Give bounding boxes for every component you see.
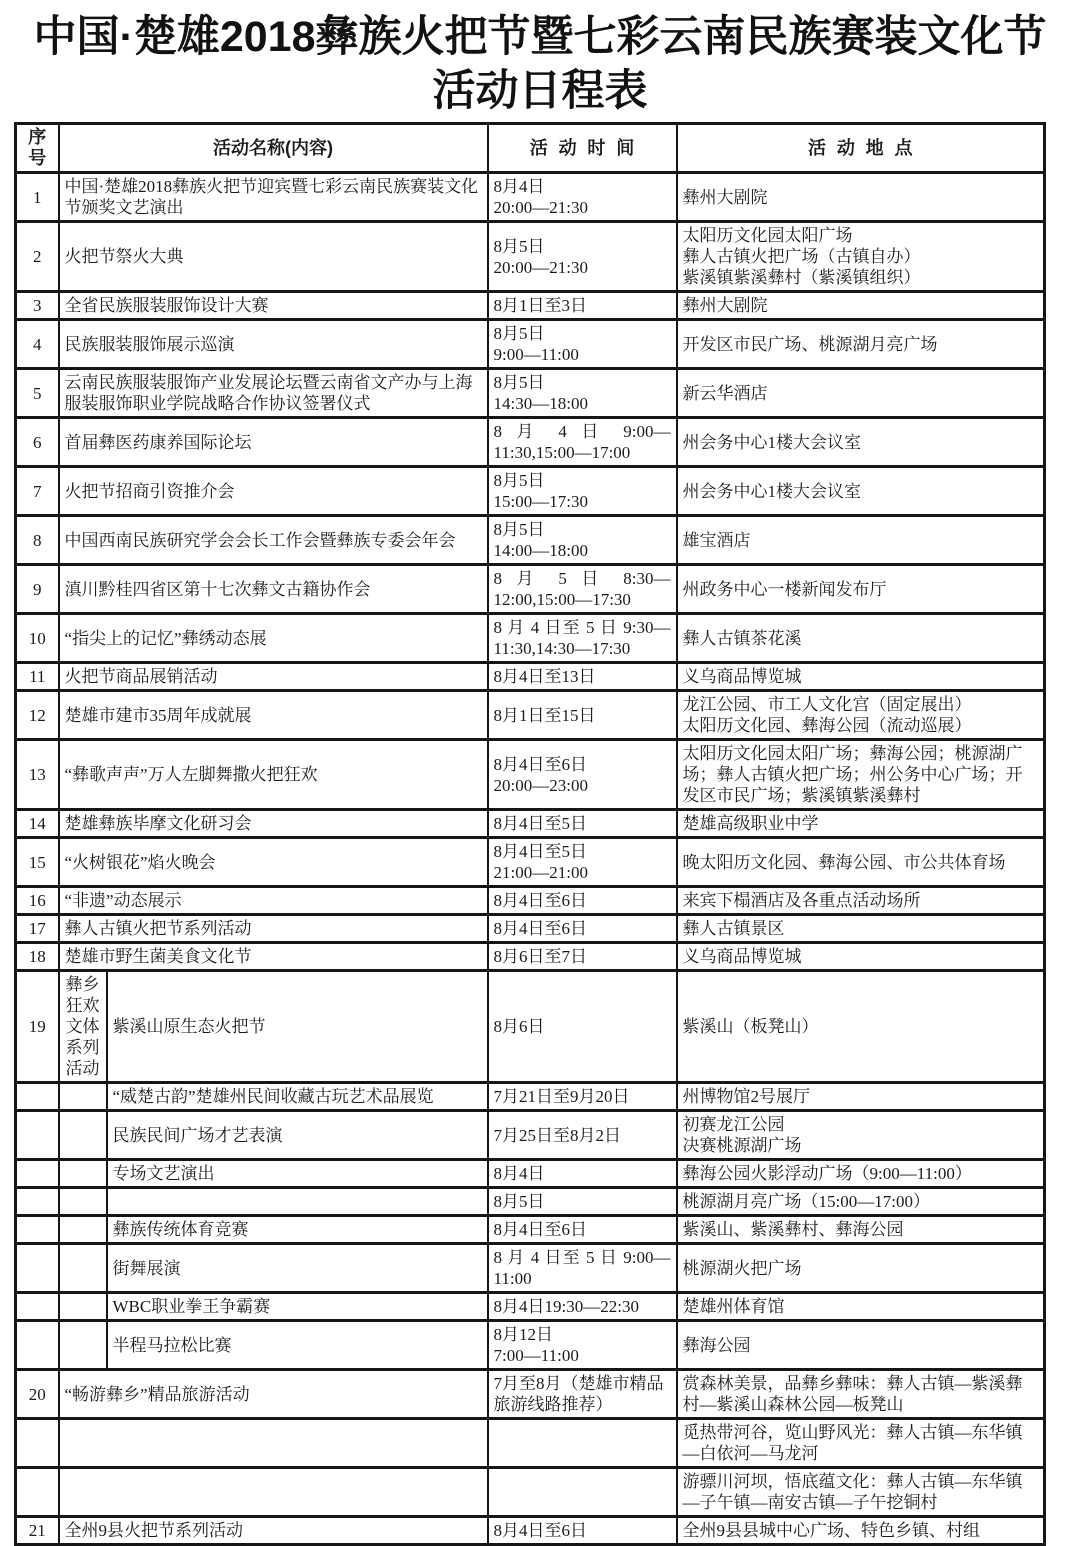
cell-no: 18 (16, 943, 59, 971)
table-row: 17 彝人古镇火把节系列活动 8月4日至6日 彝人古镇景区 (16, 915, 1045, 943)
cell-time: 8月4日至5日 21:00—21:00 (488, 838, 677, 887)
cell-no: 3 (16, 292, 59, 320)
cell-time: 8月5日 14:30—18:00 (488, 369, 677, 418)
cell-time: 8月4日 (488, 1160, 677, 1188)
table-row: 12 楚雄市建市35周年成就展 8月1日至15日 龙江公园、市工人文化宫（固定展… (16, 691, 1045, 740)
cell-time: 8月5日 14:00—18:00 (488, 516, 677, 565)
cell-loc: 雄宝酒店 (677, 516, 1045, 565)
cell-loc: 游骠川河坝，悟底蕴文化：彝人古镇—东华镇—子午镇—南安古镇—子午挖铜村 (677, 1468, 1045, 1517)
cell-name (107, 1188, 488, 1216)
table-row: 11 火把节商品展销活动 8月4日至13日 义乌商品博览城 (16, 663, 1045, 691)
table-row: 5 云南民族服装服饰产业发展论坛暨云南省文产办与上海服装服饰职业学院战略合作协议… (16, 369, 1045, 418)
table-row: 4 民族服装服饰展示巡演 8月5日 9:00—11:00 开发区市民广场、桃源湖… (16, 320, 1045, 369)
table-row: “威楚古韵”楚雄州民间收藏古玩艺术品展览 7月21日至9月20日 州博物馆2号展… (16, 1083, 1045, 1111)
cell-time: 8月4日 20:00—21:30 (488, 173, 677, 222)
cell-loc: 桃源湖火把广场 (677, 1244, 1045, 1293)
cell-name: 彝人古镇火把节系列活动 (59, 915, 488, 943)
table-row: 7 火把节招商引资推介会 8月5日 15:00—17:30 州会务中心1楼大会议… (16, 467, 1045, 516)
cell-no: 14 (16, 810, 59, 838)
header-no: 序号 (16, 124, 59, 173)
cell-name: 半程马拉松比赛 (107, 1321, 488, 1370)
cell-loc: 彝人古镇景区 (677, 915, 1045, 943)
cell-no: 11 (16, 663, 59, 691)
cell-time: 8月4日至5日 (488, 810, 677, 838)
cell-loc: 初赛龙江公园 决赛桃源湖广场 (677, 1111, 1045, 1160)
cell-name: “威楚古韵”楚雄州民间收藏古玩艺术品展览 (107, 1083, 488, 1111)
cell-loc: 州政务中心一楼新闻发布厅 (677, 565, 1045, 614)
cell-name: 紫溪山原生态火把节 (107, 971, 488, 1083)
cell-time: 8月5日 20:00—21:30 (488, 222, 677, 292)
cell-time: 8月5日 9:00—11:00 (488, 320, 677, 369)
cell-loc: 紫溪山、紫溪彝村、彝海公园 (677, 1216, 1045, 1244)
table-row: 2 火把节祭火大典 8月5日 20:00—21:30 太阳历文化园太阳广场 彝人… (16, 222, 1045, 292)
cell-loc: 楚雄州体育馆 (677, 1293, 1045, 1321)
cell-no: 21 (16, 1517, 59, 1545)
cell-loc: 彝海公园 (677, 1321, 1045, 1370)
cell-name: 全州9县火把节系列活动 (59, 1517, 488, 1545)
cell-no (16, 1083, 59, 1111)
table-row: 10 “指尖上的记忆”彝绣动态展 8 月 4 日至 5 日 9:30— 11:3… (16, 614, 1045, 663)
cell-loc: 桃源湖月亮广场（15:00—17:00） (677, 1188, 1045, 1216)
table-row: 半程马拉松比赛 8月12日 7:00—11:00 彝海公园 (16, 1321, 1045, 1370)
cell-name (59, 1468, 488, 1517)
cell-loc: 全州9县县城中心广场、特色乡镇、村组 (677, 1517, 1045, 1545)
cell-time (488, 1419, 677, 1468)
cell-time: 8月5日 15:00—17:30 (488, 467, 677, 516)
cell-name: 中国西南民族研究学会会长工作会暨彝族专委会年会 (59, 516, 488, 565)
cell-no: 19 (16, 971, 59, 1083)
table-row: 街舞展演 8 月 4 日至 5 日 9:00— 11:00 桃源湖火把广场 (16, 1244, 1045, 1293)
cell-loc: 彝人古镇茶花溪 (677, 614, 1045, 663)
table-row: 20 “畅游彝乡”精品旅游活动 7月至8月（楚雄市精品 旅游线路推荐） 赏森林美… (16, 1370, 1045, 1419)
table-row: 13 “彝歌声声”万人左脚舞撒火把狂欢 8月4日至6日 20:00—23:00 … (16, 740, 1045, 810)
cell-time: 8月1日至3日 (488, 292, 677, 320)
cell-loc: 开发区市民广场、桃源湖月亮广场 (677, 320, 1045, 369)
cell-group-spacer (59, 1083, 107, 1111)
cell-no (16, 1419, 59, 1468)
cell-time: 8月4日至6日 (488, 1216, 677, 1244)
cell-time: 8月5日 (488, 1188, 677, 1216)
cell-name: 火把节祭火大典 (59, 222, 488, 292)
cell-no: 12 (16, 691, 59, 740)
cell-loc: 楚雄高级职业中学 (677, 810, 1045, 838)
cell-name: 火把节招商引资推介会 (59, 467, 488, 516)
cell-no (16, 1321, 59, 1370)
cell-no (16, 1244, 59, 1293)
cell-name: 楚雄市野生菌美食文化节 (59, 943, 488, 971)
cell-name: 街舞展演 (107, 1244, 488, 1293)
cell-name: “非遗”动态展示 (59, 887, 488, 915)
cell-name: 民族服装服饰展示巡演 (59, 320, 488, 369)
cell-group-spacer (59, 1293, 107, 1321)
cell-time: 8月4日至13日 (488, 663, 677, 691)
cell-name: “火树银花”焰火晚会 (59, 838, 488, 887)
cell-time: 8 月 4 日 9:00— 11:30,15:00—17:00 (488, 418, 677, 467)
cell-time (488, 1468, 677, 1517)
cell-name: 云南民族服装服饰产业发展论坛暨云南省文产办与上海服装服饰职业学院战略合作协议签署… (59, 369, 488, 418)
table-row: 专场文艺演出 8月4日 彝海公园火影浮动广场（9:00—11:00） (16, 1160, 1045, 1188)
schedule-table: 序号 活动名称(内容) 活动时间 活动地点 1 中国·楚雄2018彝族火把节迎宾… (14, 122, 1046, 1546)
cell-name: 中国·楚雄2018彝族火把节迎宾暨七彩云南民族赛装文化节颁奖文艺演出 (59, 173, 488, 222)
cell-time: 8月4日19:30—22:30 (488, 1293, 677, 1321)
cell-no (16, 1293, 59, 1321)
header-time: 活动时间 (488, 124, 677, 173)
table-row: 彝族传统体育竞赛 8月4日至6日 紫溪山、紫溪彝村、彝海公园 (16, 1216, 1045, 1244)
table-row: 1 中国·楚雄2018彝族火把节迎宾暨七彩云南民族赛装文化节颁奖文艺演出 8月4… (16, 173, 1045, 222)
cell-time: 8月4日至6日 (488, 1517, 677, 1545)
cell-group-label: 彝乡狂欢文体系列活动 (59, 971, 107, 1083)
cell-no (16, 1216, 59, 1244)
cell-name: 楚雄彝族毕摩文化研习会 (59, 810, 488, 838)
cell-group-spacer (59, 1111, 107, 1160)
page-title-line2: 活动日程表 (10, 64, 1070, 118)
cell-time: 8月4日至6日 (488, 887, 677, 915)
cell-name: 滇川黔桂四省区第十七次彝文古籍协作会 (59, 565, 488, 614)
table-row: 8月5日 桃源湖月亮广场（15:00—17:00） (16, 1188, 1045, 1216)
cell-time: 8月4日至6日 20:00—23:00 (488, 740, 677, 810)
cell-loc: 义乌商品博览城 (677, 943, 1045, 971)
cell-no: 9 (16, 565, 59, 614)
cell-group-spacer (59, 1216, 107, 1244)
cell-name: 专场文艺演出 (107, 1160, 488, 1188)
cell-time: 8 月 5 日 8:30— 12:00,15:00—17:30 (488, 565, 677, 614)
table-row: 觅热带河谷，览山野风光：彝人古镇—东华镇—白依河—马龙河 (16, 1419, 1045, 1468)
cell-loc: 州会务中心1楼大会议室 (677, 418, 1045, 467)
cell-name: 彝族传统体育竞赛 (107, 1216, 488, 1244)
cell-group-spacer (59, 1160, 107, 1188)
cell-name: 民族民间广场才艺表演 (107, 1111, 488, 1160)
header-loc: 活动地点 (677, 124, 1045, 173)
cell-loc: 赏森林美景，品彝乡彝味：彝人古镇—紫溪彝村—紫溪山森林公园—板凳山 (677, 1370, 1045, 1419)
cell-name: 楚雄市建市35周年成就展 (59, 691, 488, 740)
table-row: 16 “非遗”动态展示 8月4日至6日 来宾下榻酒店及各重点活动场所 (16, 887, 1045, 915)
cell-loc: 紫溪山（板凳山） (677, 971, 1045, 1083)
cell-loc: 彝州大剧院 (677, 173, 1045, 222)
page-title-line1: 中国·楚雄2018彝族火把节暨七彩云南民族赛装文化节 (10, 10, 1070, 64)
cell-loc: 龙江公园、市工人文化宫（固定展出） 太阳历文化园、彝海公园（流动巡展） (677, 691, 1045, 740)
cell-no: 10 (16, 614, 59, 663)
cell-no: 2 (16, 222, 59, 292)
cell-name: “指尖上的记忆”彝绣动态展 (59, 614, 488, 663)
cell-time: 7月25日至8月2日 (488, 1111, 677, 1160)
cell-no: 4 (16, 320, 59, 369)
cell-name: WBC职业拳王争霸赛 (107, 1293, 488, 1321)
cell-time: 7月至8月（楚雄市精品 旅游线路推荐） (488, 1370, 677, 1419)
cell-no: 6 (16, 418, 59, 467)
cell-loc: 彝海公园火影浮动广场（9:00—11:00） (677, 1160, 1045, 1188)
cell-no: 7 (16, 467, 59, 516)
table-row: WBC职业拳王争霸赛 8月4日19:30—22:30 楚雄州体育馆 (16, 1293, 1045, 1321)
cell-loc: 新云华酒店 (677, 369, 1045, 418)
cell-no (16, 1468, 59, 1517)
cell-group-spacer (59, 1188, 107, 1216)
header-row: 序号 活动名称(内容) 活动时间 活动地点 (16, 124, 1045, 173)
cell-loc: 晚太阳历文化园、彝海公园、市公共体育场 (677, 838, 1045, 887)
cell-no: 13 (16, 740, 59, 810)
table-row: 民族民间广场才艺表演 7月25日至8月2日 初赛龙江公园 决赛桃源湖广场 (16, 1111, 1045, 1160)
cell-time: 8月6日 (488, 971, 677, 1083)
cell-loc: 州会务中心1楼大会议室 (677, 467, 1045, 516)
cell-no: 1 (16, 173, 59, 222)
cell-time: 8月1日至15日 (488, 691, 677, 740)
cell-time: 8月6日至7日 (488, 943, 677, 971)
table-row: 14 楚雄彝族毕摩文化研习会 8月4日至5日 楚雄高级职业中学 (16, 810, 1045, 838)
cell-loc: 州博物馆2号展厅 (677, 1083, 1045, 1111)
cell-time: 8 月 4 日至 5 日 9:00— 11:00 (488, 1244, 677, 1293)
table-row: 6 首届彝医药康养国际论坛 8 月 4 日 9:00— 11:30,15:00—… (16, 418, 1045, 467)
cell-no: 15 (16, 838, 59, 887)
cell-no (16, 1160, 59, 1188)
cell-loc: 彝州大剧院 (677, 292, 1045, 320)
table-row: 8 中国西南民族研究学会会长工作会暨彝族专委会年会 8月5日 14:00—18:… (16, 516, 1045, 565)
cell-loc: 义乌商品博览城 (677, 663, 1045, 691)
cell-group-spacer (59, 1244, 107, 1293)
cell-time: 8月4日至6日 (488, 915, 677, 943)
table-row: 9 滇川黔桂四省区第十七次彝文古籍协作会 8 月 5 日 8:30— 12:00… (16, 565, 1045, 614)
page-title: 中国·楚雄2018彝族火把节暨七彩云南民族赛装文化节 活动日程表 (10, 10, 1070, 118)
table-row: 18 楚雄市野生菌美食文化节 8月6日至7日 义乌商品博览城 (16, 943, 1045, 971)
cell-no: 16 (16, 887, 59, 915)
table-row: 21 全州9县火把节系列活动 8月4日至6日 全州9县县城中心广场、特色乡镇、村… (16, 1517, 1045, 1545)
cell-loc: 太阳历文化园太阳广场；彝海公园；桃源湖广场；彝人古镇火把广场；州公务中心广场；开… (677, 740, 1045, 810)
cell-no: 5 (16, 369, 59, 418)
cell-no (16, 1188, 59, 1216)
cell-time: 7月21日至9月20日 (488, 1083, 677, 1111)
cell-time: 8月12日 7:00—11:00 (488, 1321, 677, 1370)
cell-no: 20 (16, 1370, 59, 1419)
cell-name: “畅游彝乡”精品旅游活动 (59, 1370, 488, 1419)
cell-group-spacer (59, 1321, 107, 1370)
cell-name: “彝歌声声”万人左脚舞撒火把狂欢 (59, 740, 488, 810)
cell-name (59, 1419, 488, 1468)
header-name: 活动名称(内容) (59, 124, 488, 173)
table-row-group19: 19 彝乡狂欢文体系列活动 紫溪山原生态火把节 8月6日 紫溪山（板凳山） (16, 971, 1045, 1083)
cell-name: 火把节商品展销活动 (59, 663, 488, 691)
cell-loc: 觅热带河谷，览山野风光：彝人古镇—东华镇—白依河—马龙河 (677, 1419, 1045, 1468)
cell-no: 8 (16, 516, 59, 565)
cell-no (16, 1111, 59, 1160)
table-row: 3 全省民族服装服饰设计大赛 8月1日至3日 彝州大剧院 (16, 292, 1045, 320)
cell-loc: 来宾下榻酒店及各重点活动场所 (677, 887, 1045, 915)
table-row: 15 “火树银花”焰火晚会 8月4日至5日 21:00—21:00 晚太阳历文化… (16, 838, 1045, 887)
cell-name: 全省民族服装服饰设计大赛 (59, 292, 488, 320)
table-row: 游骠川河坝，悟底蕴文化：彝人古镇—东华镇—子午镇—南安古镇—子午挖铜村 (16, 1468, 1045, 1517)
cell-time: 8 月 4 日至 5 日 9:30— 11:30,14:30—17:30 (488, 614, 677, 663)
cell-loc: 太阳历文化园太阳广场 彝人古镇火把广场（古镇自办） 紫溪镇紫溪彝村（紫溪镇组织） (677, 222, 1045, 292)
cell-no: 17 (16, 915, 59, 943)
cell-name: 首届彝医药康养国际论坛 (59, 418, 488, 467)
